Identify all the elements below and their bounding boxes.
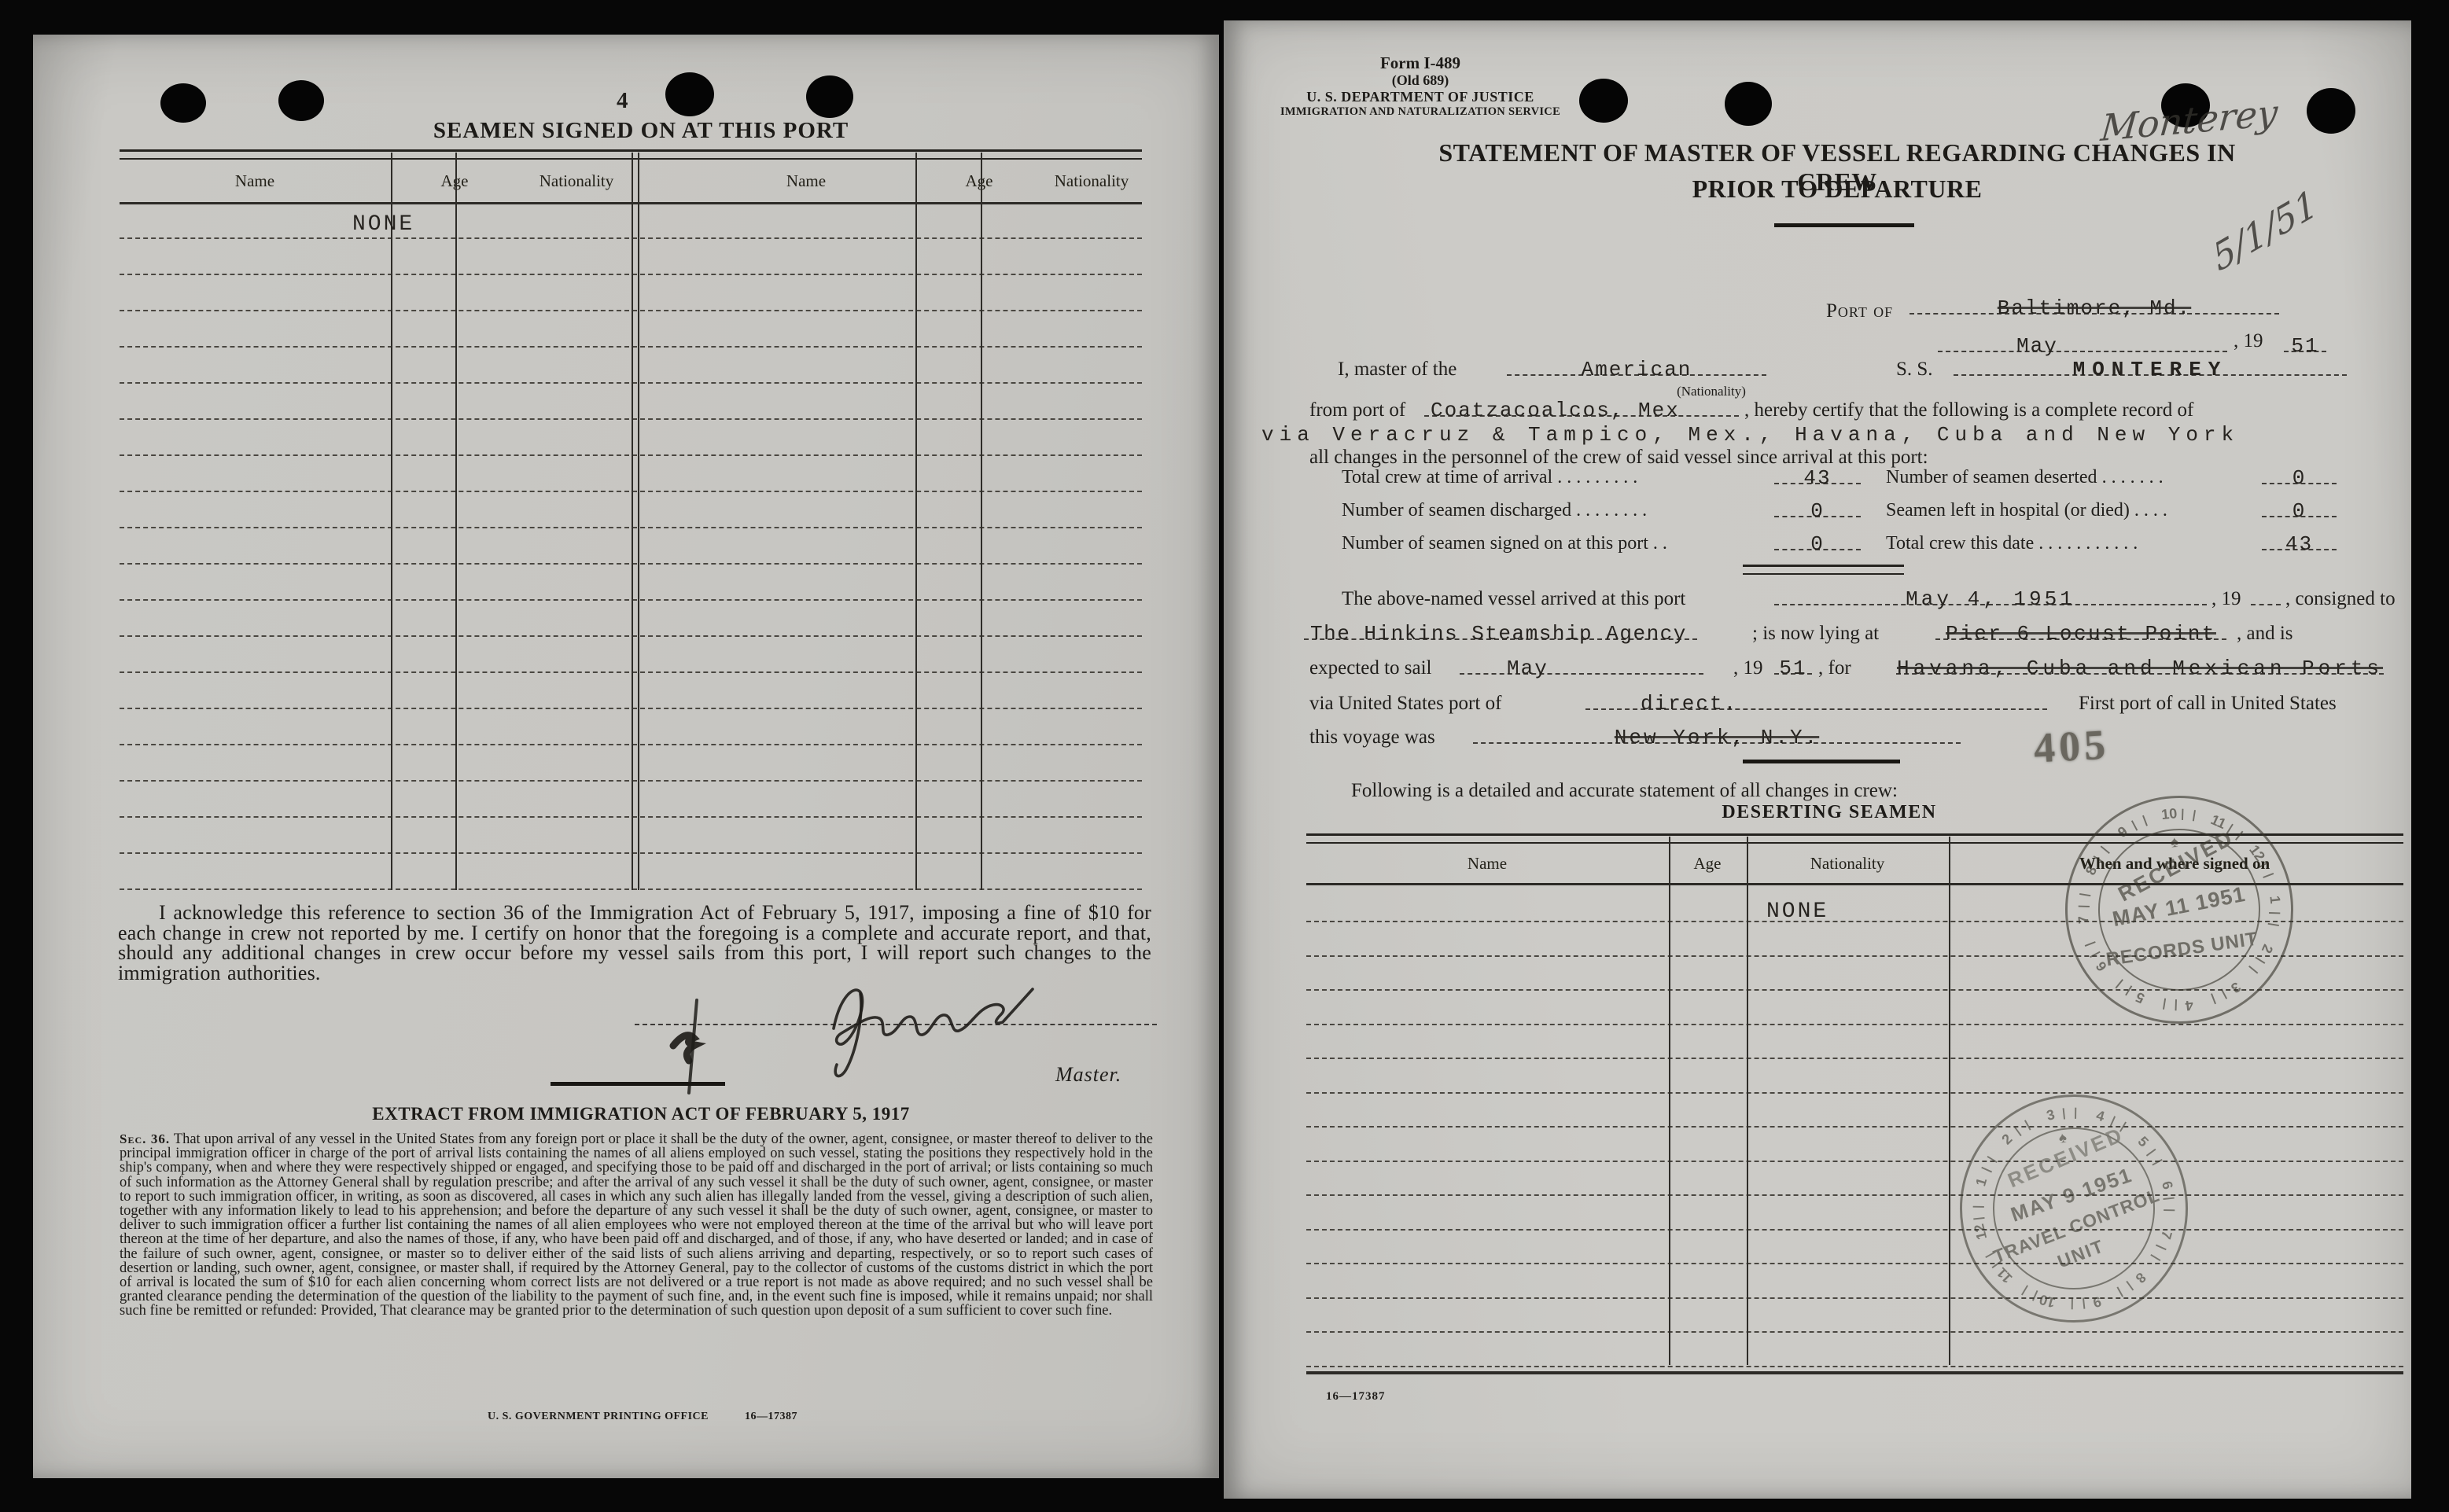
table-row-line [120,527,1142,528]
table-row-line [120,310,1142,311]
stamp-ring-mark: | [2181,808,2185,821]
title-underline [1774,223,1914,227]
column-divider [391,153,392,890]
from-port-blank: Coatzacoalcos, Mex [1424,390,1739,417]
table-entry-none: NONE [352,212,414,237]
table-row-line [120,780,1142,782]
left-page: 4 SEAMEN SIGNED ON AT THIS PORT Name Age… [33,35,1219,1478]
stamp-ring-mark: | [2174,999,2178,1012]
table-row-line [1306,1024,2403,1025]
table-row-line [120,708,1142,709]
stamp-ring-mark: | [2268,911,2281,915]
stamp-ring-mark: | [2071,1297,2074,1311]
expected-sail-label: expected to sail [1309,657,1432,679]
column-divider [915,153,917,890]
table-row-line [1306,1331,2403,1333]
table-row-line [120,491,1142,492]
stat-value-blank: 0 [2262,458,2337,484]
table-body-lines [120,149,1142,892]
stat-value: 43 [2285,532,2313,556]
printer-number: 16—17387 [745,1411,797,1422]
from-port-label: from port of [1309,399,1405,421]
stat-value-blank: 0 [1774,524,1861,550]
table-row-line [120,635,1142,637]
printer-imprint: U. S. GOVERNMENT PRINTING OFFICE 16—1738… [269,1411,1016,1423]
consigned-to-label: , consigned to [2285,588,2396,610]
stats-end-rule [1743,565,1904,575]
master-signature-label: Master. [1055,1063,1121,1087]
vessel-name-value: MONTEREY [2073,358,2228,381]
stamp-ring-mark: | [2074,1105,2077,1119]
column-divider [1747,837,1748,1365]
stat-label: Total crew at time of arrival . . . . . … [1342,467,1637,488]
table-row-line [120,454,1142,456]
stamp-ring-mark: 10 [2160,805,2178,823]
punch-hole [160,83,206,123]
stamp-ring-mark: 4 [2185,996,2194,1014]
stamp-ring-mark: | [2163,1208,2176,1212]
certify-text: , hereby certify that the following is a… [1744,399,2193,421]
stat-label: Number of seamen signed on at this port … [1342,533,1667,554]
consignee-blank: The Hinkins Steamship Agency [1304,613,1697,640]
page-number: 4 [617,88,628,114]
department-name: U. S. DEPARTMENT OF JUSTICE [1271,89,1570,105]
table-row-line [1306,1263,2403,1264]
stat-label: Total crew this date . . . . . . . . . .… [1886,533,2138,554]
stat-value: 0 [1810,532,1825,556]
date-blank: May [1938,326,2227,352]
table-bottom-rule [1306,1371,2403,1374]
stray-mark [551,1082,725,1086]
table-row-line [1306,1297,2403,1299]
table-row-line [1306,1366,2403,1367]
table-row-line [1306,1126,2403,1128]
table-row-line [1306,1229,2403,1231]
table-row-line [1306,1194,2403,1196]
stat-label: Number of seamen deserted . . . . . . . [1886,467,2164,488]
stamp-ring-mark: | [2077,904,2090,908]
voyage-label: this voyage was [1309,727,1435,749]
received-stamp-records-unit: ♠ RECEIVED MAY 11 1951 RECORDS UNIT 12||… [2057,788,2301,1032]
form-old-number: (Old 689) [1271,72,1570,89]
sail-month-value: May [1507,657,1549,680]
punch-hole [1725,82,1772,126]
arrived-year-blank [2251,579,2281,605]
table-row-line [120,563,1142,565]
stat-value: 43 [1803,466,1831,490]
sail-year-value: 51 [1779,657,1806,680]
nationality-blank: American [1507,349,1766,376]
punch-hole [665,72,714,116]
arrived-date-value: May 4, 1951 [1906,587,2075,611]
punch-hole [278,80,324,121]
page-title: SEAMEN SIGNED ON AT THIS PORT [363,118,919,144]
arrived-19-label: , 19 [2211,588,2241,610]
extract-section-label: Sec. 36. [120,1131,170,1146]
following-statement: Following is a detailed and accurate sta… [1351,780,1898,802]
table-row-line [120,382,1142,384]
punch-hole [806,75,853,118]
sail-destination-value: Havana, Cuba and Mexican Ports [1897,657,2383,680]
column-divider [981,153,982,890]
seamen-signed-on-table: Name Age Nationality Name Age Nationalit… [120,149,1142,892]
stat-value: 0 [1810,499,1825,523]
right-page: Form I-489 (Old 689) U. S. DEPARTMENT OF… [1224,20,2411,1499]
port-of-label: Port of [1826,300,1893,322]
table-row-line [120,599,1142,601]
table-row-line [120,888,1142,890]
stat-value-blank: 43 [1774,458,1861,484]
section-end-rule [1743,760,1900,763]
deserting-seamen-title: DESERTING SEAMEN [1648,802,2010,823]
center-divider [632,153,639,890]
table-row-line [120,744,1142,745]
table-row-line [120,816,1142,818]
table-row-line [1306,1058,2403,1059]
column-divider [455,153,457,890]
extract-paragraph: Sec. 36. That upon arrival of any vessel… [120,1132,1153,1319]
form-print-number: 16—17387 [1326,1390,1386,1403]
first-port-label: First port of call in United States [2079,693,2337,715]
from-port-value: Coatzacoalcos, Mex [1431,399,1680,422]
sail-destination-blank: Havana, Cuba and Mexican Ports [1896,648,2384,675]
service-name: IMMIGRATION AND NATURALIZATION SERVICE [1271,105,1570,119]
via-ports-typed-line: via Veracruz & Tampico, Mex., Havana, Cu… [1261,423,2239,447]
received-stamp-travel-control: ♠ RECEIVED MAY 9 1951 TRAVEL CONTROL UNI… [1943,1078,2204,1339]
punch-hole [1579,79,1628,123]
table-row-line [120,852,1142,854]
punch-hole [2307,88,2355,134]
sail-year-blank: 51 [1774,648,1812,675]
table-row-line [1306,1092,2403,1094]
sail-month-blank: May [1460,648,1703,675]
year-blank: 51 [2284,326,2326,352]
form-id-block: Form I-489 (Old 689) U. S. DEPARTMENT OF… [1271,53,1570,118]
via-us-port-value: direct. [1641,692,1737,716]
extract-body-text: That upon arrival of any vessel in the U… [120,1131,1153,1319]
ss-label: S. S. [1896,359,1933,381]
via-us-port-blank: direct. [1585,683,2047,710]
table-row-line [120,418,1142,420]
table-row-line [120,237,1142,239]
sail-19-label: , 19 [1733,657,1763,679]
column-divider [1669,837,1670,1365]
stamp-ring-mark: | [1971,1205,1984,1208]
stat-value: 0 [2292,466,2307,490]
stat-label: Seamen left in hospital (or died) . . . … [1886,500,2167,521]
port-blank: Baltimore, Md. [1909,288,2279,315]
port-value: Baltimore, Md. [1998,296,2191,320]
via-us-port-label: via United States port of [1309,693,1501,715]
scanned-document: 4 SEAMEN SIGNED ON AT THIS PORT Name Age… [0,0,2449,1512]
stat-value: 0 [2292,499,2307,523]
table-row-line [1306,1161,2403,1162]
stat-value-blank: 0 [2262,491,2337,517]
table-row-line [120,274,1142,275]
arrived-label: The above-named vessel arrived at this p… [1342,588,1685,610]
column-divider [1949,837,1950,1365]
form-number-label: Form I-489 [1271,53,1570,72]
stat-value-blank: 43 [2262,524,2337,550]
voyage-value: New York, N.Y. [1615,726,1819,749]
lying-at-value: Pier 6 Locust Point [1946,622,2216,646]
stat-label: Number of seamen discharged . . . . . . … [1342,500,1647,521]
table-row-line [120,671,1142,673]
voyage-blank: New York, N.Y. [1473,717,1961,744]
nationality-value: American [1582,358,1692,381]
extract-heading: EXTRACT FROM IMMIGRATION ACT OF FEBRUARY… [190,1104,1092,1124]
sail-for-label: , for [1818,657,1851,679]
arrived-date-blank: May 4, 1951 [1774,579,2207,605]
table-entry-none: NONE [1766,899,1828,924]
vessel-blank: MONTEREY [1954,349,2347,376]
printer-office: U. S. GOVERNMENT PRINTING OFFICE [488,1411,709,1422]
consignee-value: The Hinkins Steamship Agency [1310,622,1687,646]
stat-value-blank: 0 [1774,491,1861,517]
table-row-line [120,346,1142,348]
lying-at-label: ; is now lying at [1752,623,1879,645]
master-of-label: I, master of the [1338,359,1457,381]
and-is-label: , and is [2237,623,2293,645]
form-title-line2: PRIOR TO DEPARTURE [1403,175,2271,204]
stamped-number: 405 [2032,720,2110,773]
lying-at-blank: Pier 6 Locust Point [1935,613,2226,640]
